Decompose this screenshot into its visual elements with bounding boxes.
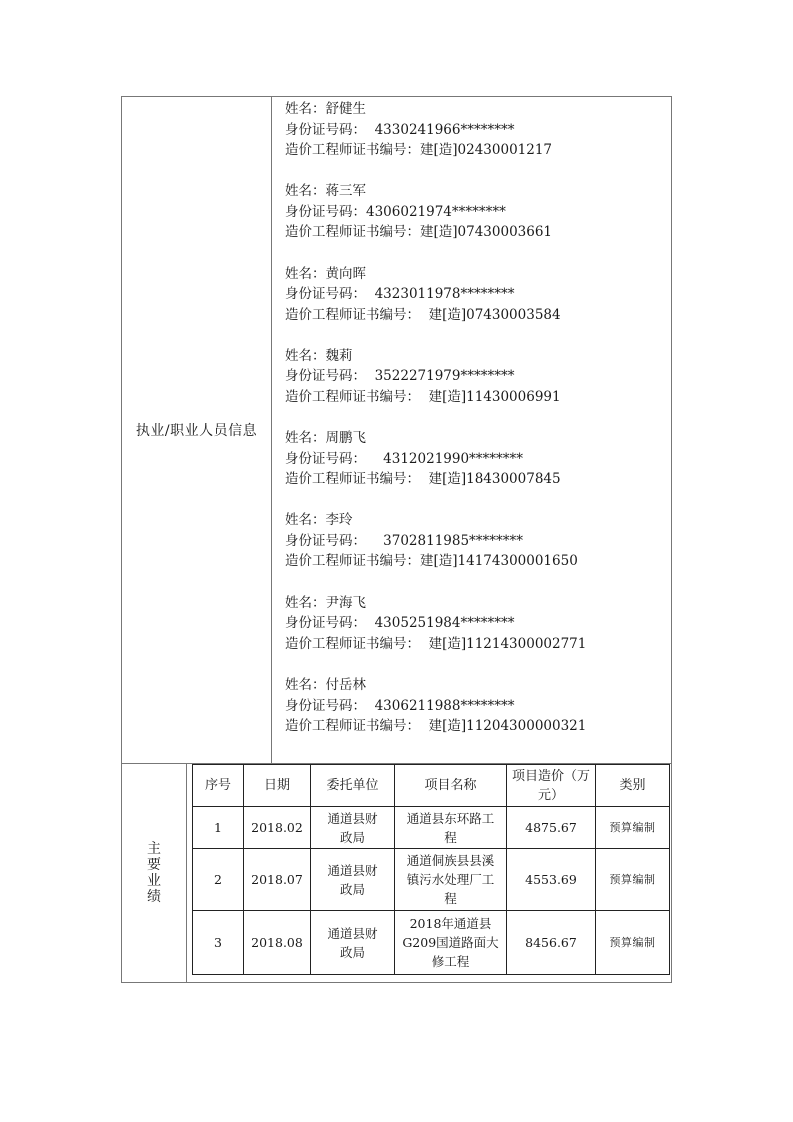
- person-cert-number: 建[造]07430003661: [420, 224, 552, 240]
- personnel-section: 执业/职业人员信息 姓名：舒健生 身份证号码： 4330241966******…: [122, 97, 671, 764]
- person-cert-number: 建[造]14174300001650: [420, 553, 578, 569]
- person-id-number: 4305251984********: [366, 615, 514, 631]
- person-id-number: 4306211988********: [366, 698, 514, 714]
- col-header-cost: 项目造价（万元）: [507, 765, 596, 807]
- person-entry: 姓名：周鹏飞 身份证号码： 4312021990******** 造价工程师证书…: [285, 428, 586, 490]
- cell-project: 2018年通道县G209国道路面大修工程: [395, 911, 507, 975]
- cell-no: 2: [193, 849, 244, 911]
- person-entry: 姓名：蒋三军 身份证号码：4306021974******** 造价工程师证书编…: [285, 181, 586, 243]
- cell-client: 通道县财政局: [311, 807, 395, 849]
- cell-project: 通道县东环路工程: [395, 807, 507, 849]
- performance-label-text: 主要业绩: [146, 841, 162, 905]
- name-label: 姓名：: [285, 101, 326, 117]
- cell-category: 预算编制: [596, 807, 670, 849]
- person-name: 李玲: [326, 512, 353, 528]
- name-label: 姓名：: [285, 677, 326, 693]
- cert-label: 造价工程师证书编号：: [285, 307, 420, 323]
- table-row: 2 2018.07 通道县财政局 通道侗族县县溪镇污水处理厂工程 4553.69…: [193, 849, 670, 911]
- person-id-number: 3702811985********: [366, 533, 523, 549]
- cell-cost: 4875.67: [507, 807, 596, 849]
- cell-cost: 4553.69: [507, 849, 596, 911]
- id-label: 身份证号码：: [285, 122, 366, 138]
- cell-client: 通道县财政局: [311, 911, 395, 975]
- id-label: 身份证号码：: [285, 286, 366, 302]
- person-cert-number: 建[造]11204300000321: [420, 718, 586, 734]
- name-label: 姓名：: [285, 183, 326, 199]
- table-header-row: 序号 日期 委托单位 项目名称 项目造价（万元） 类别: [193, 765, 670, 807]
- cell-no: 3: [193, 911, 244, 975]
- cert-label: 造价工程师证书编号：: [285, 636, 420, 652]
- person-entry: 姓名：魏莉 身份证号码： 3522271979******** 造价工程师证书编…: [285, 346, 586, 408]
- person-id-number: 4323011978********: [366, 286, 514, 302]
- table-row: 3 2018.08 通道县财政局 2018年通道县G209国道路面大修工程 84…: [193, 911, 670, 975]
- person-id-number: 3522271979********: [366, 368, 514, 384]
- name-label: 姓名：: [285, 348, 326, 364]
- cert-label: 造价工程师证书编号：: [285, 142, 420, 158]
- cert-label: 造价工程师证书编号：: [285, 718, 420, 734]
- person-entry: 姓名：黄向晖 身份证号码： 4323011978******** 造价工程师证书…: [285, 264, 586, 326]
- person-name: 魏莉: [326, 348, 353, 364]
- cert-label: 造价工程师证书编号：: [285, 471, 420, 487]
- cell-project: 通道侗族县县溪镇污水处理厂工程: [395, 849, 507, 911]
- cell-date: 2018.08: [244, 911, 311, 975]
- id-label: 身份证号码：: [285, 451, 366, 467]
- performance-table: 序号 日期 委托单位 项目名称 项目造价（万元） 类别 1 2018.02 通道…: [192, 764, 670, 975]
- person-cert-number: 建[造]11430006991: [420, 389, 561, 405]
- person-name: 周鹏飞: [326, 430, 367, 446]
- cell-date: 2018.02: [244, 807, 311, 849]
- table-row: 1 2018.02 通道县财政局 通道县东环路工程 4875.67 预算编制: [193, 807, 670, 849]
- cell-category: 预算编制: [596, 849, 670, 911]
- person-name: 付岳林: [326, 677, 367, 693]
- person-entry: 姓名：尹海飞 身份证号码： 4305251984******** 造价工程师证书…: [285, 593, 586, 655]
- info-form-table: 执业/职业人员信息 姓名：舒健生 身份证号码： 4330241966******…: [121, 96, 672, 983]
- id-label: 身份证号码：: [285, 204, 366, 220]
- cell-no: 1: [193, 807, 244, 849]
- personnel-list: 姓名：舒健生 身份证号码： 4330241966******** 造价工程师证书…: [285, 99, 586, 757]
- person-cert-number: 建[造]11214300002771: [420, 636, 586, 652]
- id-label: 身份证号码：: [285, 698, 366, 714]
- person-entry: 姓名：李玲 身份证号码： 3702811985******** 造价工程师证书编…: [285, 510, 586, 572]
- cert-label: 造价工程师证书编号：: [285, 224, 420, 240]
- performance-section-label: 主要业绩: [122, 764, 187, 982]
- person-cert-number: 建[造]02430001217: [420, 142, 552, 158]
- col-header-no: 序号: [193, 765, 244, 807]
- col-header-date: 日期: [244, 765, 311, 807]
- id-label: 身份证号码：: [285, 368, 366, 384]
- col-header-client: 委托单位: [311, 765, 395, 807]
- name-label: 姓名：: [285, 266, 326, 282]
- personnel-section-label: 执业/职业人员信息: [122, 97, 272, 763]
- person-entry: 姓名：舒健生 身份证号码： 4330241966******** 造价工程师证书…: [285, 99, 586, 161]
- name-label: 姓名：: [285, 512, 326, 528]
- cell-client: 通道县财政局: [311, 849, 395, 911]
- person-entry: 姓名：付岳林 身份证号码： 4306211988******** 造价工程师证书…: [285, 675, 586, 737]
- name-label: 姓名：: [285, 595, 326, 611]
- col-header-category: 类别: [596, 765, 670, 807]
- person-cert-number: 建[造]18430007845: [420, 471, 561, 487]
- person-name: 舒健生: [326, 101, 367, 117]
- id-label: 身份证号码：: [285, 615, 366, 631]
- cell-category: 预算编制: [596, 911, 670, 975]
- person-id-number: 4306021974********: [366, 204, 506, 220]
- person-cert-number: 建[造]07430003584: [420, 307, 561, 323]
- person-id-number: 4330241966********: [366, 122, 514, 138]
- cert-label: 造价工程师证书编号：: [285, 389, 420, 405]
- person-name: 蒋三军: [326, 183, 367, 199]
- cell-cost: 8456.67: [507, 911, 596, 975]
- name-label: 姓名：: [285, 430, 326, 446]
- id-label: 身份证号码：: [285, 533, 366, 549]
- person-name: 尹海飞: [326, 595, 367, 611]
- person-name: 黄向晖: [326, 266, 367, 282]
- cell-date: 2018.07: [244, 849, 311, 911]
- person-id-number: 4312021990********: [366, 451, 523, 467]
- performance-section: 主要业绩 序号 日期 委托单位 项目名称 项目造价（万元） 类别 1 2018.…: [122, 764, 671, 982]
- cert-label: 造价工程师证书编号：: [285, 553, 420, 569]
- col-header-project: 项目名称: [395, 765, 507, 807]
